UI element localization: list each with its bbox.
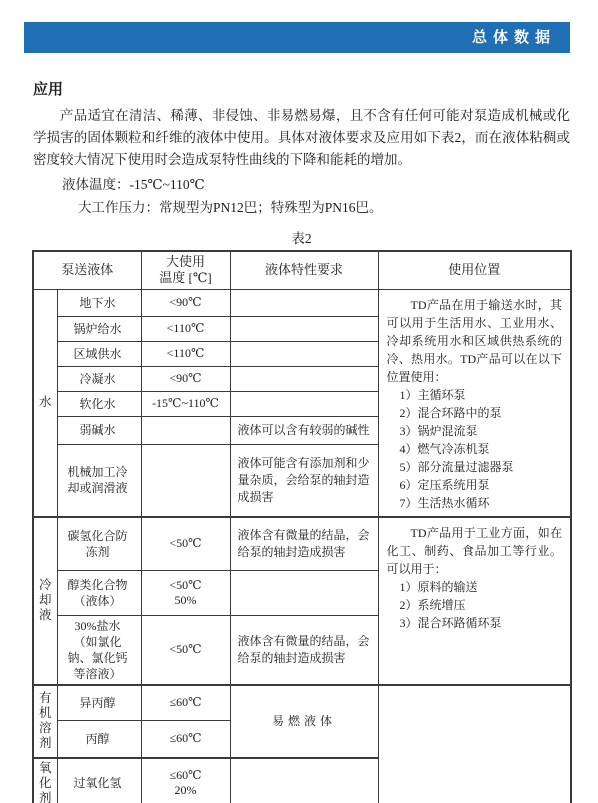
temp-value: ≤60℃ <box>144 768 228 783</box>
temp-cell: <50℃ 50% <box>141 570 230 615</box>
header-usage: 使用位置 <box>378 251 571 289</box>
group-cell-organic-solvent: 有机溶剂 <box>33 685 57 758</box>
liquid-temperature-line: 液体温度：-15℃~110℃ <box>33 173 570 196</box>
table-header-row: 泵送液体 大使用 温度 [℃] 液体特性要求 使用位置 <box>33 251 571 289</box>
usage-list-item: 3）混合环路循环泵 <box>400 614 563 632</box>
liquid-name-cell: 30%盐水（如氯化钠、氯化钙等溶液） <box>57 615 141 685</box>
characteristics-cell: 液体含有微量的结晶，会给泵的轴封造成损害 <box>230 517 378 570</box>
usage-list-item: 4）燃气冷冻机泵 <box>400 440 563 458</box>
liquid-name-cell: 异丙醇 <box>57 685 141 721</box>
liquid-name-cell: 弱碱水 <box>57 416 141 444</box>
temp-cell: <90℃ <box>141 366 230 391</box>
temp-concentration: 50% <box>144 593 228 608</box>
temp-cell: <110℃ <box>141 341 230 366</box>
temp-cell: ≤60℃ <box>141 685 230 721</box>
liquid-requirements-table: 泵送液体 大使用 温度 [℃] 液体特性要求 使用位置 水 地下水 <90℃ T… <box>32 250 572 803</box>
temp-concentration: 20% <box>144 783 228 798</box>
liquid-name-cell: 机械加工冷却或润滑液 <box>57 444 141 517</box>
application-paragraph: 产品适宜在清洁、稀薄、非侵蚀、非易燃易爆，且不含有任何可能对泵造成机械或化学损害… <box>33 105 570 171</box>
usage-intro: TD产品在用于输送水时，其可以用于生活用水、工业用水、冷却系统用水和区域供热系统… <box>387 296 563 386</box>
usage-list-item: 1）主循环泵 <box>400 386 563 404</box>
usage-list-item: 2）系统增压 <box>400 596 563 614</box>
usage-list-item: 5）部分流量过滤器泵 <box>400 458 563 476</box>
characteristics-cell: 液体可以含有较弱的碱性 <box>230 416 378 444</box>
characteristics-cell <box>230 289 378 316</box>
section-banner: 总体数据 <box>24 22 570 53</box>
temp-cell: <50℃ <box>141 517 230 570</box>
usage-list-item: 1）原料的输送 <box>400 578 563 596</box>
document-page: 总体数据 应用 产品适宜在清洁、稀薄、非侵蚀、非易燃易爆，且不含有任何可能对泵造… <box>0 0 598 803</box>
liquid-name-cell: 锅炉给水 <box>57 316 141 341</box>
usage-cell-water: TD产品在用于输送水时，其可以用于生活用水、工业用水、冷却系统用水和区域供热系统… <box>378 289 571 517</box>
liquid-name-cell: 冷凝水 <box>57 366 141 391</box>
page-title: 总体数据 <box>472 29 556 46</box>
usage-intro: TD产品用于工业方面，如在化工、制药、食品加工等行业。可以用于： <box>387 524 563 578</box>
max-pressure-line: 大工作压力：常规型为PN12巴；特殊型为PN16巴。 <box>33 196 570 219</box>
usage-cell-empty <box>378 685 571 803</box>
usage-list-item: 6）定压系统用泵 <box>400 476 563 494</box>
temp-cell: -15℃~110℃ <box>141 391 230 416</box>
characteristics-cell: 液体可能含有添加剂和少量杂质，会给泵的轴封造成损害 <box>230 444 378 517</box>
characteristics-cell <box>230 341 378 366</box>
characteristics-cell <box>230 758 378 803</box>
liquid-name-cell: 丙醇 <box>57 721 141 758</box>
table-caption: 表2 <box>33 231 570 247</box>
liquid-name-cell: 区域供水 <box>57 341 141 366</box>
group-cell-coolant: 冷却液 <box>33 517 57 685</box>
temp-cell: <90℃ <box>141 289 230 316</box>
characteristics-cell-flammable: 易燃液体 <box>230 685 378 758</box>
liquid-name-cell: 过氧化氢 <box>57 758 141 803</box>
usage-list-item: 7）生活热水循环 <box>400 494 563 512</box>
temp-cell: <50℃ <box>141 615 230 685</box>
header-max-temp: 大使用 温度 [℃] <box>141 251 230 289</box>
usage-list: 1）主循环泵 2）混合环路中的泵 3）锅炉混流泵 4）燃气冷冻机泵 5）部分流量… <box>387 386 563 512</box>
application-heading: 应用 <box>33 82 570 98</box>
liquid-name-cell: 软化水 <box>57 391 141 416</box>
group-cell-water: 水 <box>33 289 57 517</box>
characteristics-cell <box>230 316 378 341</box>
characteristics-cell <box>230 391 378 416</box>
temp-cell: ≤60℃ <box>141 721 230 758</box>
page-content: 应用 产品适宜在清洁、稀薄、非侵蚀、非易燃易爆，且不含有任何可能对泵造成机械或化… <box>33 82 570 803</box>
usage-list: 1）原料的输送 2）系统增压 3）混合环路循环泵 <box>387 578 563 632</box>
liquid-name-cell: 碳氢化合防冻剂 <box>57 517 141 570</box>
temp-value: <50℃ <box>144 578 228 593</box>
group-cell-oxidizer: 氧化剂 <box>33 758 57 803</box>
header-max-temp-line2: 温度 [℃] <box>146 270 226 286</box>
liquid-name-cell: 醇类化合物（液体） <box>57 570 141 615</box>
header-max-temp-line1: 大使用 <box>146 254 226 270</box>
liquid-name-cell: 地下水 <box>57 289 141 316</box>
temp-cell <box>141 444 230 517</box>
table-row: 水 地下水 <90℃ TD产品在用于输送水时，其可以用于生活用水、工业用水、冷却… <box>33 289 571 316</box>
characteristics-cell <box>230 366 378 391</box>
temp-cell: <110℃ <box>141 316 230 341</box>
temp-cell <box>141 416 230 444</box>
table-row: 冷却液 碳氢化合防冻剂 <50℃ 液体含有微量的结晶，会给泵的轴封造成损害 TD… <box>33 517 571 570</box>
table-row: 有机溶剂 异丙醇 ≤60℃ 易燃液体 <box>33 685 571 721</box>
usage-list-item: 2）混合环路中的泵 <box>400 404 563 422</box>
usage-list-item: 3）锅炉混流泵 <box>400 422 563 440</box>
characteristics-cell: 液体含有微量的结晶，会给泵的轴封造成损害 <box>230 615 378 685</box>
temp-cell: ≤60℃ 20% <box>141 758 230 803</box>
header-characteristics: 液体特性要求 <box>230 251 378 289</box>
header-pumped-liquid: 泵送液体 <box>33 251 141 289</box>
usage-cell-industrial: TD产品用于工业方面，如在化工、制药、食品加工等行业。可以用于： 1）原料的输送… <box>378 517 571 685</box>
characteristics-cell <box>230 570 378 615</box>
